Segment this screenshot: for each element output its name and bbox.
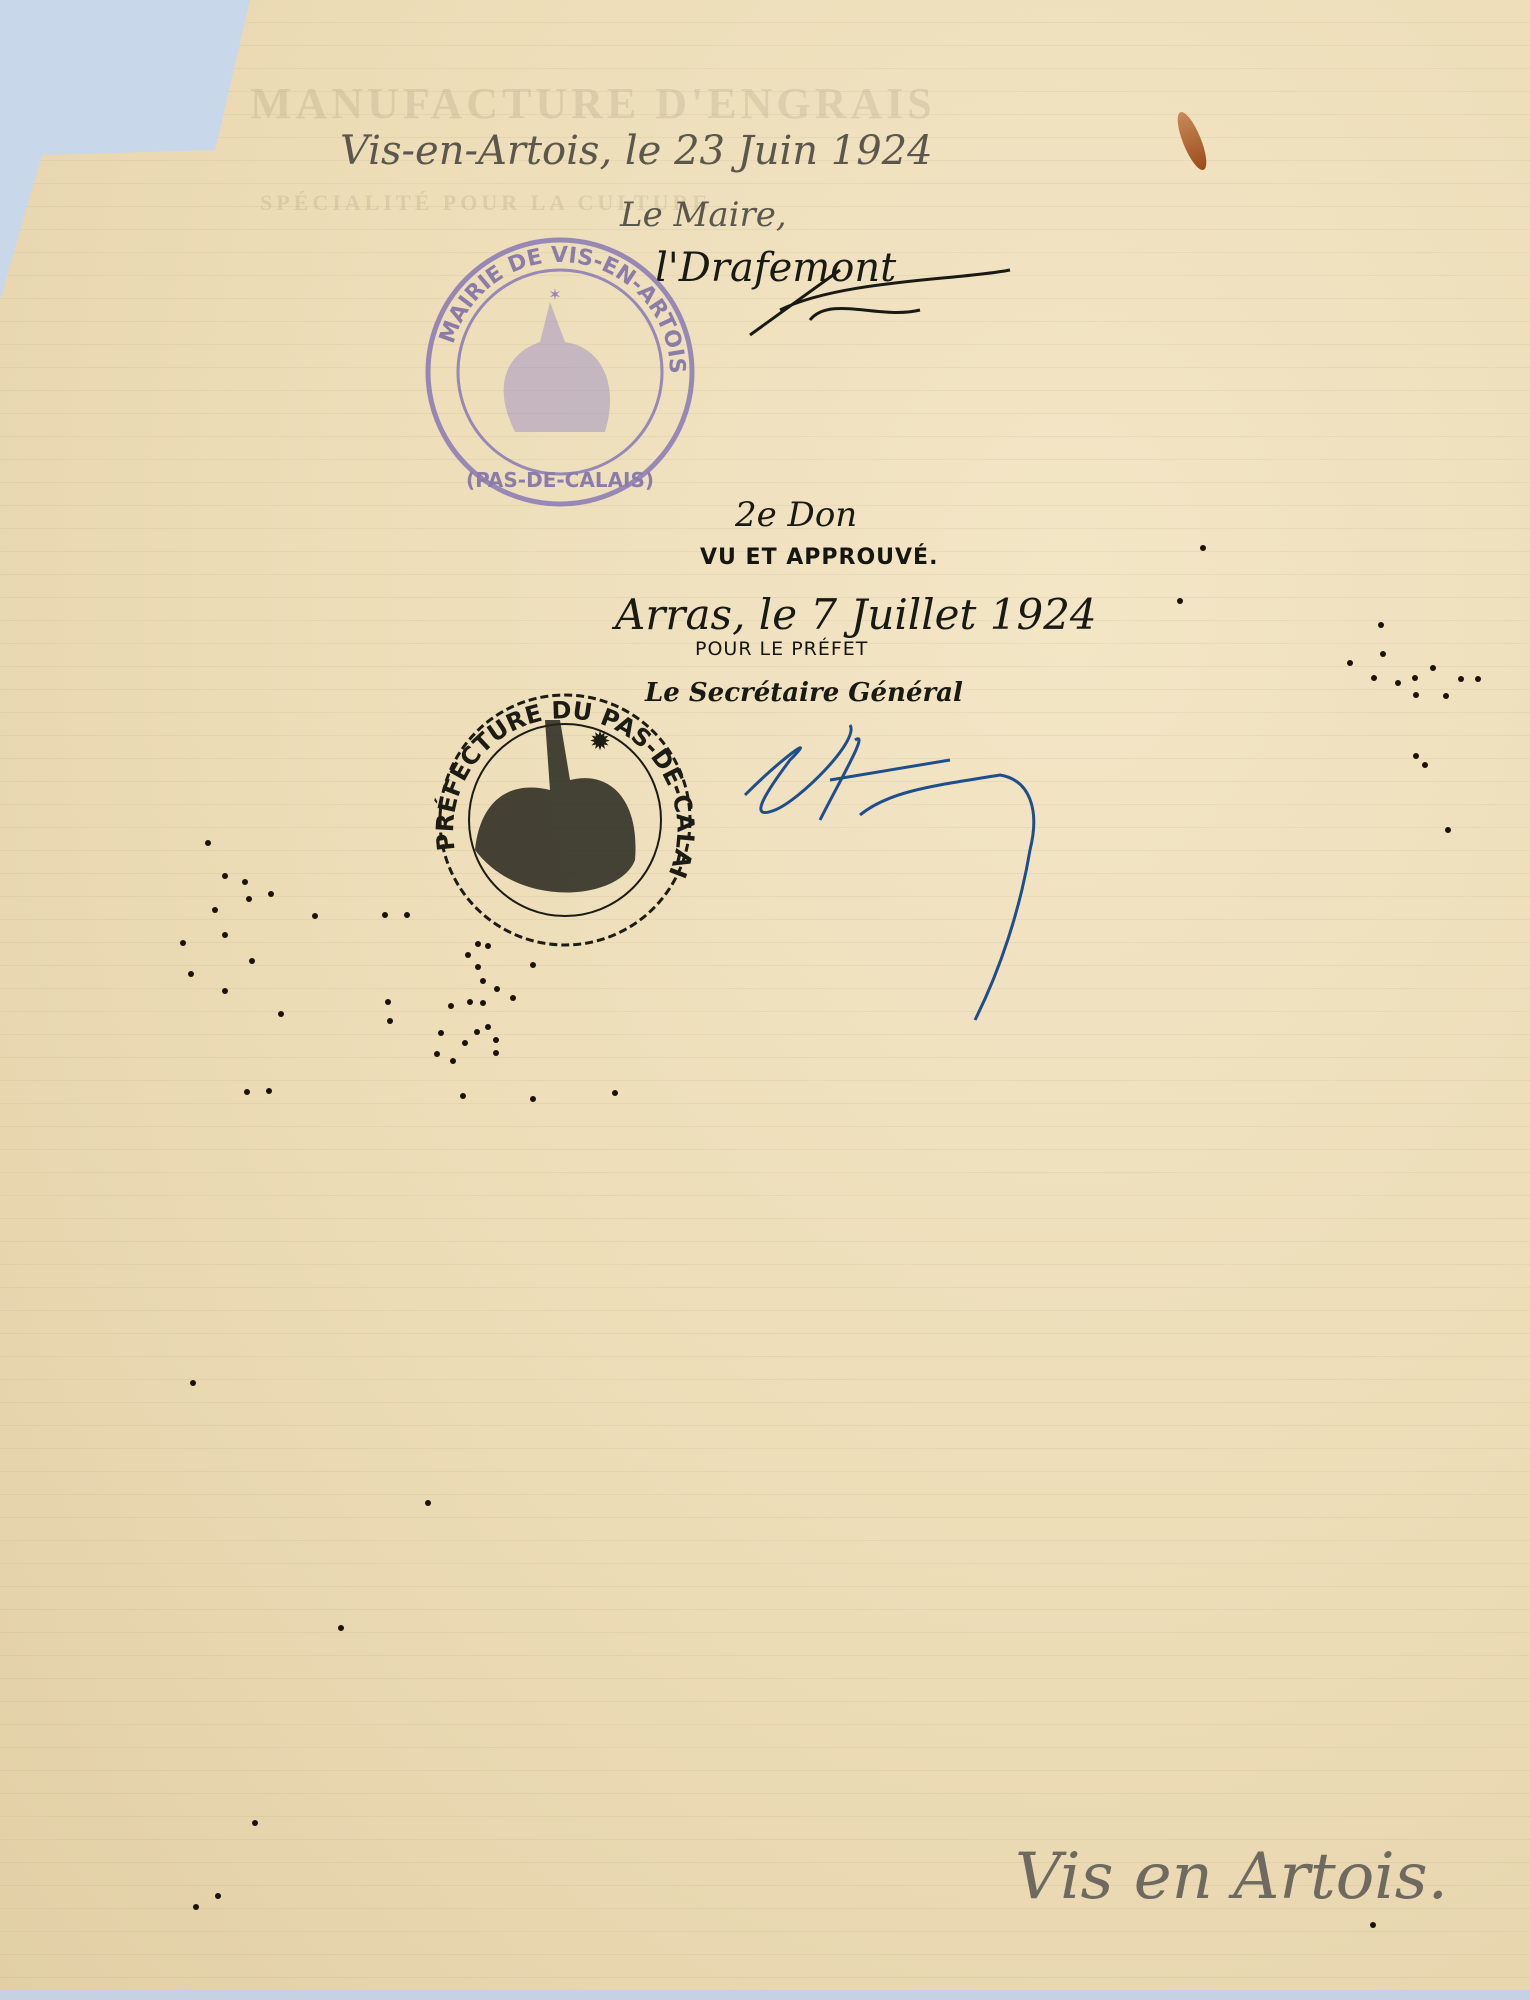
- svg-text:(PAS-DE-CALAIS): (PAS-DE-CALAIS): [466, 468, 654, 492]
- scan-background: [0, 1990, 1530, 2000]
- mayor-stamp: ✶ MAIRIE DE VIS-EN-ARTOIS (PAS-DE-CALAIS…: [420, 232, 700, 512]
- mayor-title: Le Maire,: [620, 195, 787, 235]
- mayor-place-date: Vis-en-Artois, le 23 Juin 1924: [340, 128, 933, 174]
- approval-text: VU ET APPROUVÉ.: [700, 545, 938, 570]
- ghost-letterhead-line1: MANUFACTURE D'ENGRAIS: [250, 78, 936, 129]
- prefecture-stamp: ✹ PRÉFECTURE DU PAS-DE-CALAIS: [420, 680, 710, 970]
- prefecture-place-date: Arras, le 7 Juillet 1924: [615, 590, 1097, 639]
- for-prefect-text: POUR LE PRÉFET: [695, 638, 868, 660]
- svg-text:✶: ✶: [548, 285, 561, 304]
- pencil-note: Vis en Artois.: [1015, 1840, 1448, 1914]
- donation-note: 2e Don: [735, 495, 857, 535]
- mayor-signature-flourish: [720, 240, 1020, 350]
- secretary-signature: Hedouin: [720, 700, 1060, 1040]
